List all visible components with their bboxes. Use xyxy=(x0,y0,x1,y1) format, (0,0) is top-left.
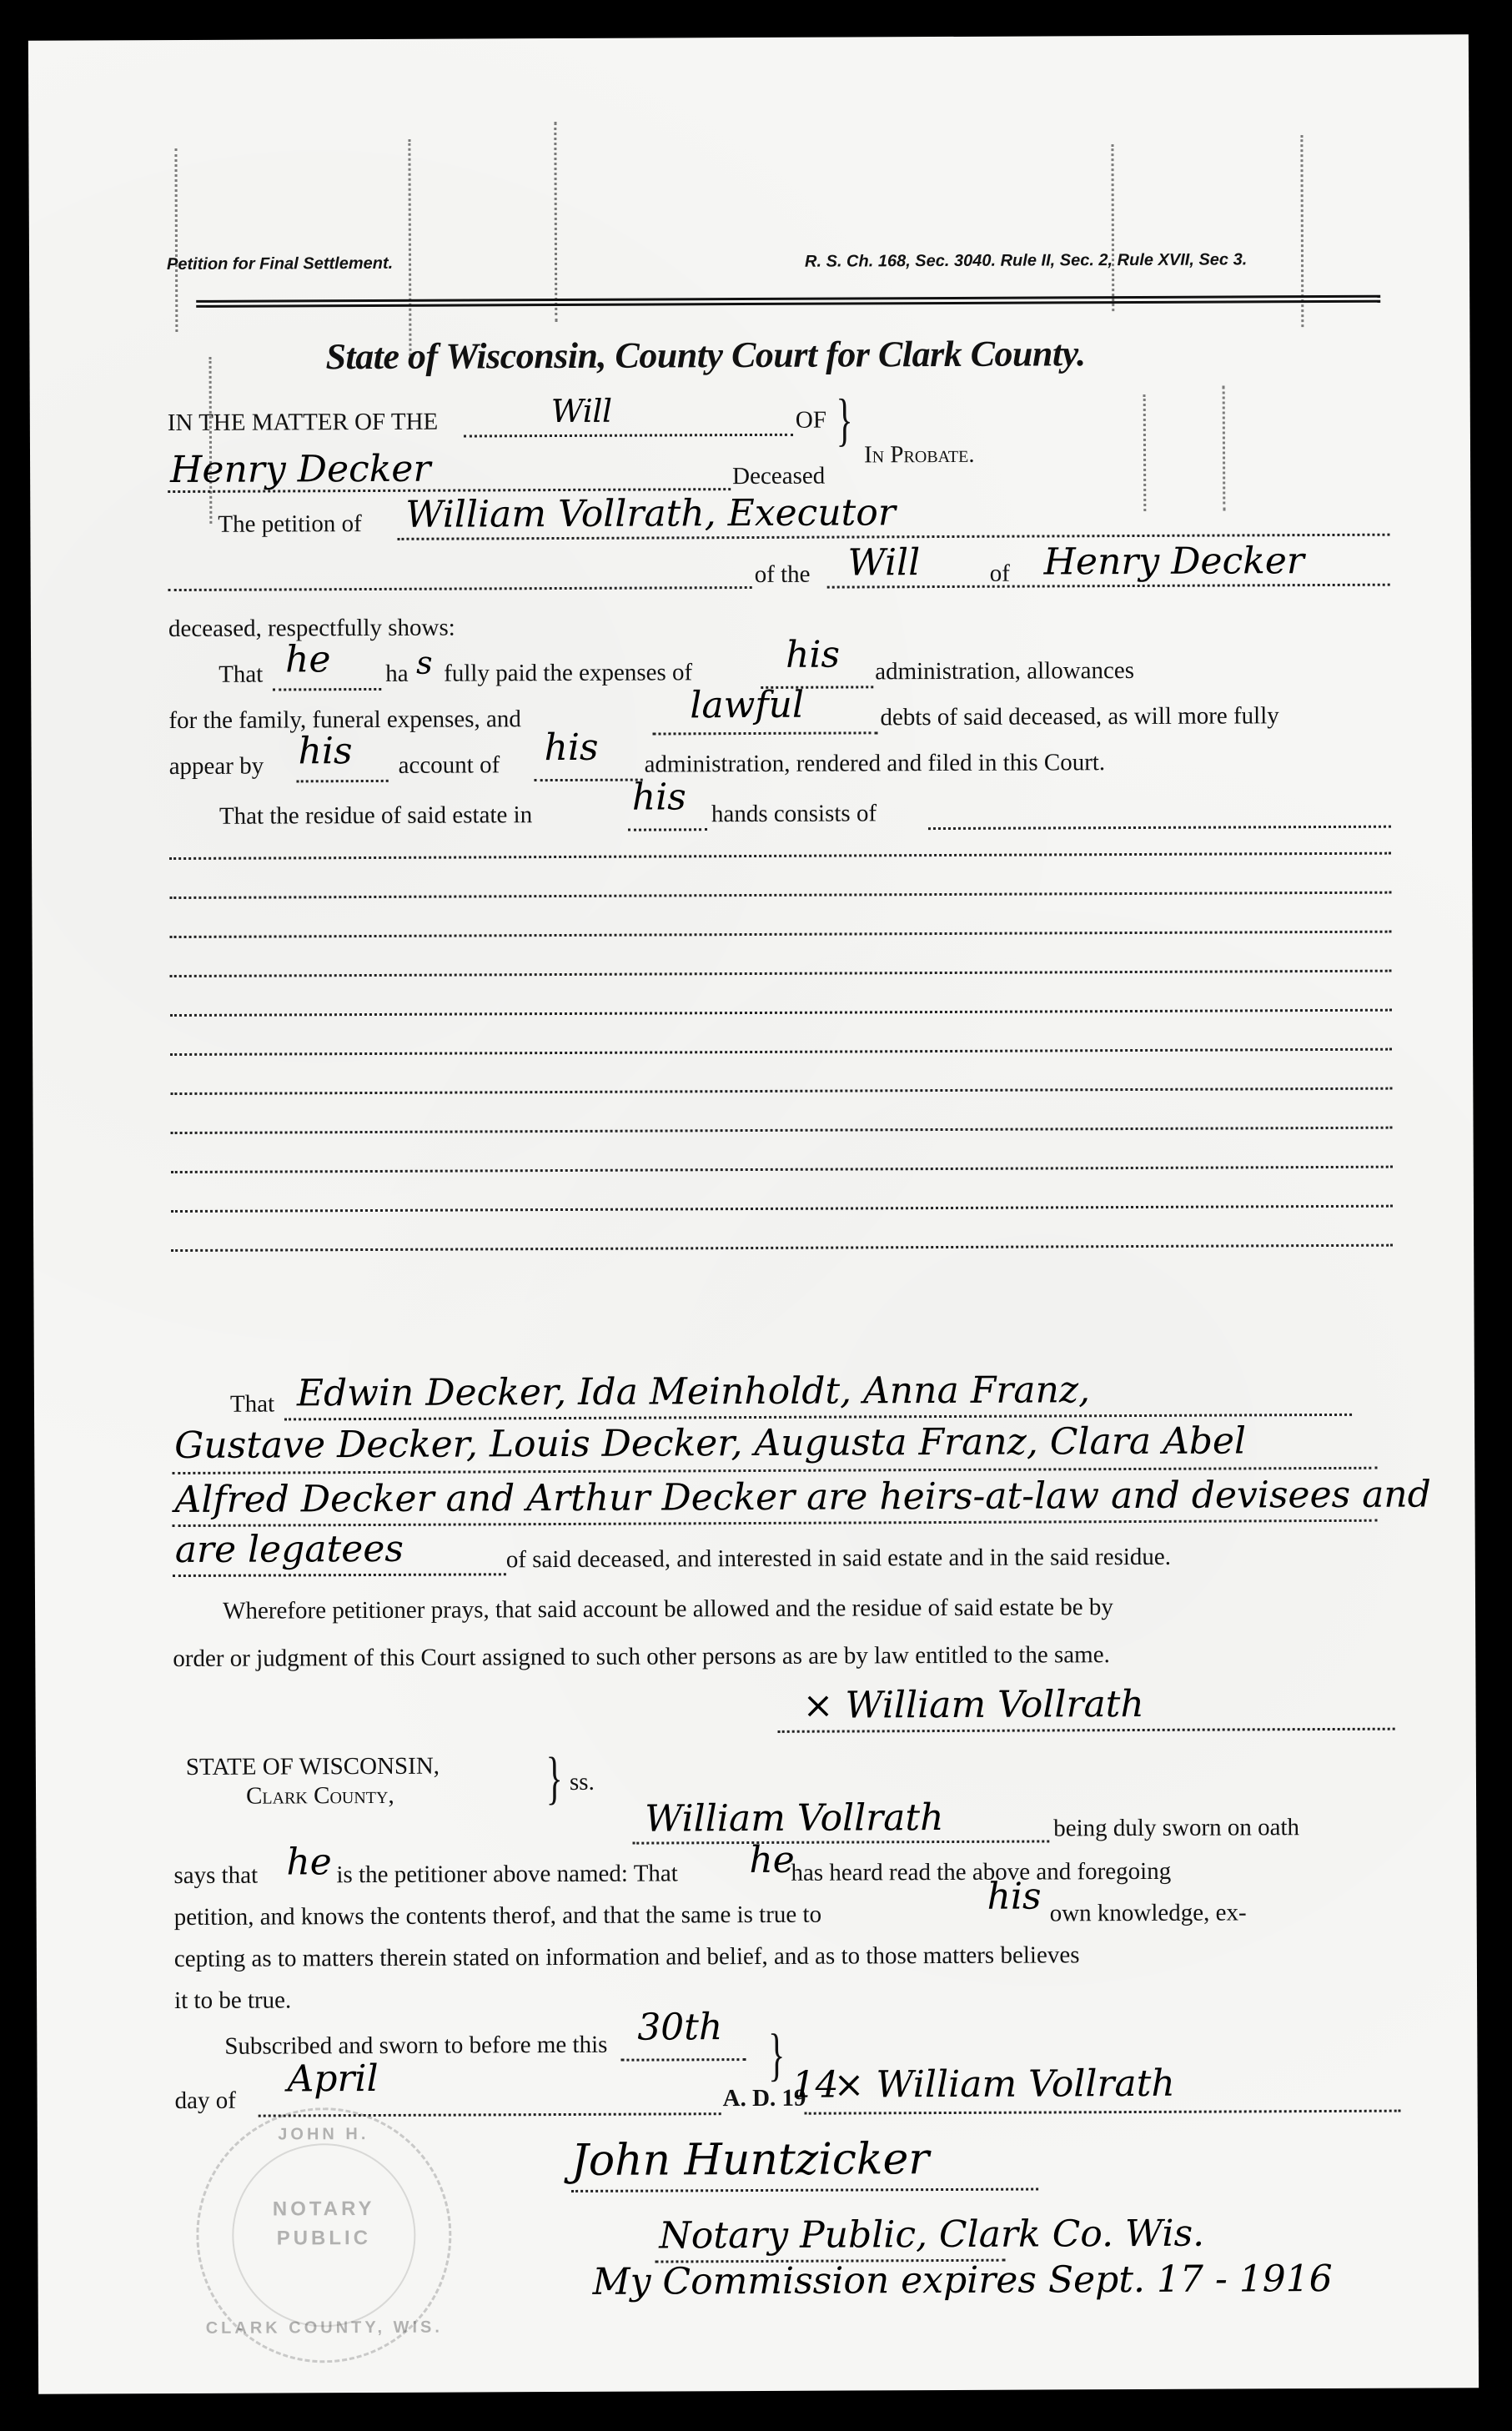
seal-text-notary: NOTARY xyxy=(198,2197,449,2222)
prayer-line-1: Wherefore petitioner prays, that said ac… xyxy=(223,1594,1113,1625)
jurat-subscribed: Subscribed and sworn to before me this xyxy=(224,2032,607,2061)
p1-appear-by: appear by xyxy=(169,753,264,781)
instrument-line xyxy=(827,584,1390,589)
jurat-brace: } xyxy=(768,2027,785,2085)
verif-ss: ss. xyxy=(570,1769,595,1796)
heirs-line4-print: of said deceased, and interested in said… xyxy=(506,1544,1171,1574)
p2-consists-line xyxy=(928,826,1391,830)
scan-artifact xyxy=(1223,386,1228,511)
heirs-names-1: Edwin Decker, Ida Meinholdt, Anna Franz, xyxy=(297,1369,1090,1414)
notary-signature-line xyxy=(571,2188,1038,2192)
affiant-line xyxy=(632,1840,1049,1844)
heirs-that: That xyxy=(230,1391,274,1419)
p1-pronoun2: his xyxy=(786,634,840,676)
residue-blank-line xyxy=(170,970,1392,977)
p1-pronoun4: his xyxy=(544,726,598,769)
petitioner-name: William Vollrath, Executor xyxy=(405,491,896,536)
p2-residue-start: That the residue of said estate in xyxy=(219,801,532,831)
jurat-day-of: day of xyxy=(175,2087,236,2115)
residue-blank-line xyxy=(171,1166,1393,1173)
verif-has-heard: has heard read the above and foregoing xyxy=(791,1858,1171,1887)
p1-line2-end: debts of said deceased, as will more ful… xyxy=(880,702,1278,731)
seal-text-bottom: CLARK COUNTY, WIS. xyxy=(199,2318,450,2338)
in-probate-label: In Probate. xyxy=(864,441,975,470)
statute-reference: R. S. Ch. 168, Sec. 3040. Rule II, Sec. … xyxy=(805,250,1247,271)
p1-ha: ha xyxy=(385,660,409,688)
p1-pronoun3: his xyxy=(298,730,352,772)
scan-artifact xyxy=(209,357,215,524)
of-label: of xyxy=(990,560,1010,588)
residue-blank-line xyxy=(171,1205,1393,1213)
prayer-signature-line xyxy=(778,1728,1395,1733)
heirs-line-2 xyxy=(172,1467,1377,1474)
p2-hands-consists: hands consists of xyxy=(711,800,877,828)
verif-line3-start: petition, and knows the contents therof,… xyxy=(174,1901,822,1931)
heirs-names-2: Gustave Decker, Louis Decker, Augusta Fr… xyxy=(174,1419,1246,1467)
instrument-value: Will xyxy=(847,541,920,584)
verif-pronoun2: he xyxy=(749,1839,795,1881)
jurat-month: April xyxy=(287,2057,378,2100)
p1-debts-line xyxy=(652,731,877,735)
caption-brace: } xyxy=(836,391,852,450)
scan-artifact xyxy=(174,148,180,332)
deceased-label: Deceased xyxy=(732,463,825,490)
verif-line3-end: own knowledge, ex- xyxy=(1050,1899,1247,1927)
p1-pronoun3-line xyxy=(297,780,389,782)
p1-account-of: account of xyxy=(399,751,500,780)
scan-artifact xyxy=(1143,394,1149,511)
p1-pronoun1-line xyxy=(273,688,381,691)
jurat-day-value: 30th xyxy=(637,2006,722,2048)
residue-blank-line xyxy=(170,931,1392,938)
jurat-year-suffix: 14 xyxy=(791,2064,838,2107)
seal-text-top: JOHN H. xyxy=(198,2125,449,2145)
court-document-page: Petition for Final Settlement. R. S. Ch.… xyxy=(28,34,1479,2394)
petition-line-2 xyxy=(168,586,752,591)
p1-fully-paid: fully paid the expenses of xyxy=(444,659,692,687)
jurat-day-line xyxy=(620,2058,746,2062)
form-name: Petition for Final Settlement. xyxy=(167,254,393,274)
instrument-of-value: Henry Decker xyxy=(1043,540,1304,583)
affiant-name: William Vollrath xyxy=(645,1796,944,1841)
residue-blank-line xyxy=(169,852,1391,860)
verif-state: STATE OF WISCONSIN, xyxy=(186,1753,440,1781)
residue-blank-line xyxy=(170,1009,1392,1017)
caption-label: IN THE MATTER OF THE xyxy=(168,409,439,437)
caption-of: OF xyxy=(796,407,826,434)
verif-brace: } xyxy=(546,1750,563,1808)
verif-says-that: says that xyxy=(173,1862,258,1890)
heirs-names-3: Alfred Decker and Arthur Decker are heir… xyxy=(174,1473,1431,1521)
p2-pronoun: his xyxy=(632,776,686,818)
heirs-line-3 xyxy=(173,1519,1378,1527)
decedent-name: Henry Decker xyxy=(170,448,431,491)
notary-seal: JOHN H. NOTARY PUBLIC CLARK COUNTY, WIS. xyxy=(196,2107,452,2363)
verif-is-petitioner: is the petitioner above named: That xyxy=(336,1860,678,1889)
p1-ha-suffix: s xyxy=(416,645,432,681)
verif-line5: it to be true. xyxy=(174,1986,291,2015)
of-the-label: of the xyxy=(755,561,811,589)
court-title: State of Wisconsin, County Court for Cla… xyxy=(325,332,1085,378)
verif-line4: cepting as to matters therein stated on … xyxy=(174,1941,1080,1973)
verif-pronoun1: he xyxy=(286,1841,332,1883)
heirs-legatees: are legatees xyxy=(175,1528,404,1571)
residue-blank-line xyxy=(170,1048,1392,1056)
p2-pronoun-line xyxy=(628,828,707,831)
matter-type-line xyxy=(464,434,793,438)
verif-sworn: being duly sworn on oath xyxy=(1053,1814,1299,1842)
notary-title: Notary Public, Clark Co. Wis. xyxy=(659,2213,1204,2258)
verif-county: Clark County, xyxy=(246,1782,394,1811)
p1-pronoun4-line xyxy=(535,779,643,782)
prayer-line-2: order or judgment of this Court assigned… xyxy=(173,1641,1110,1673)
p1-admin-allowances: administration, allowances xyxy=(875,657,1134,686)
notary-commission: My Commission expires Sept. 17 - 1916 xyxy=(592,2258,1332,2303)
scan-artifact xyxy=(1111,144,1117,311)
residue-blank-line xyxy=(171,1127,1393,1134)
p1-that: That xyxy=(219,661,263,689)
matter-type-value: Will xyxy=(551,393,612,429)
prayer-signature: × William Vollrath xyxy=(802,1683,1143,1727)
heirs-line-4 xyxy=(173,1573,506,1577)
residue-blank-line xyxy=(170,1087,1392,1095)
scan-artifact xyxy=(554,122,560,322)
scan-artifact xyxy=(408,139,414,356)
p1-line3-end: administration, rendered and filed in th… xyxy=(645,749,1106,778)
jurat-affiant-signature: × William Vollrath xyxy=(833,2062,1174,2107)
petition-of-label: The petition of xyxy=(218,510,361,539)
scan-artifact xyxy=(1300,135,1306,327)
p1-pronoun1: he xyxy=(285,638,331,681)
residue-blank-lines xyxy=(28,34,1469,41)
jurat-affiant-sig-line xyxy=(805,2110,1401,2115)
notary-signature: John Huntzicker xyxy=(571,2134,929,2186)
seal-text-public: PUBLIC xyxy=(198,2227,449,2251)
verif-pronoun3: his xyxy=(987,1876,1041,1918)
p1-debts-kind: lawful xyxy=(690,684,804,727)
residue-blank-line xyxy=(169,892,1391,899)
residue-blank-line xyxy=(171,1244,1393,1252)
